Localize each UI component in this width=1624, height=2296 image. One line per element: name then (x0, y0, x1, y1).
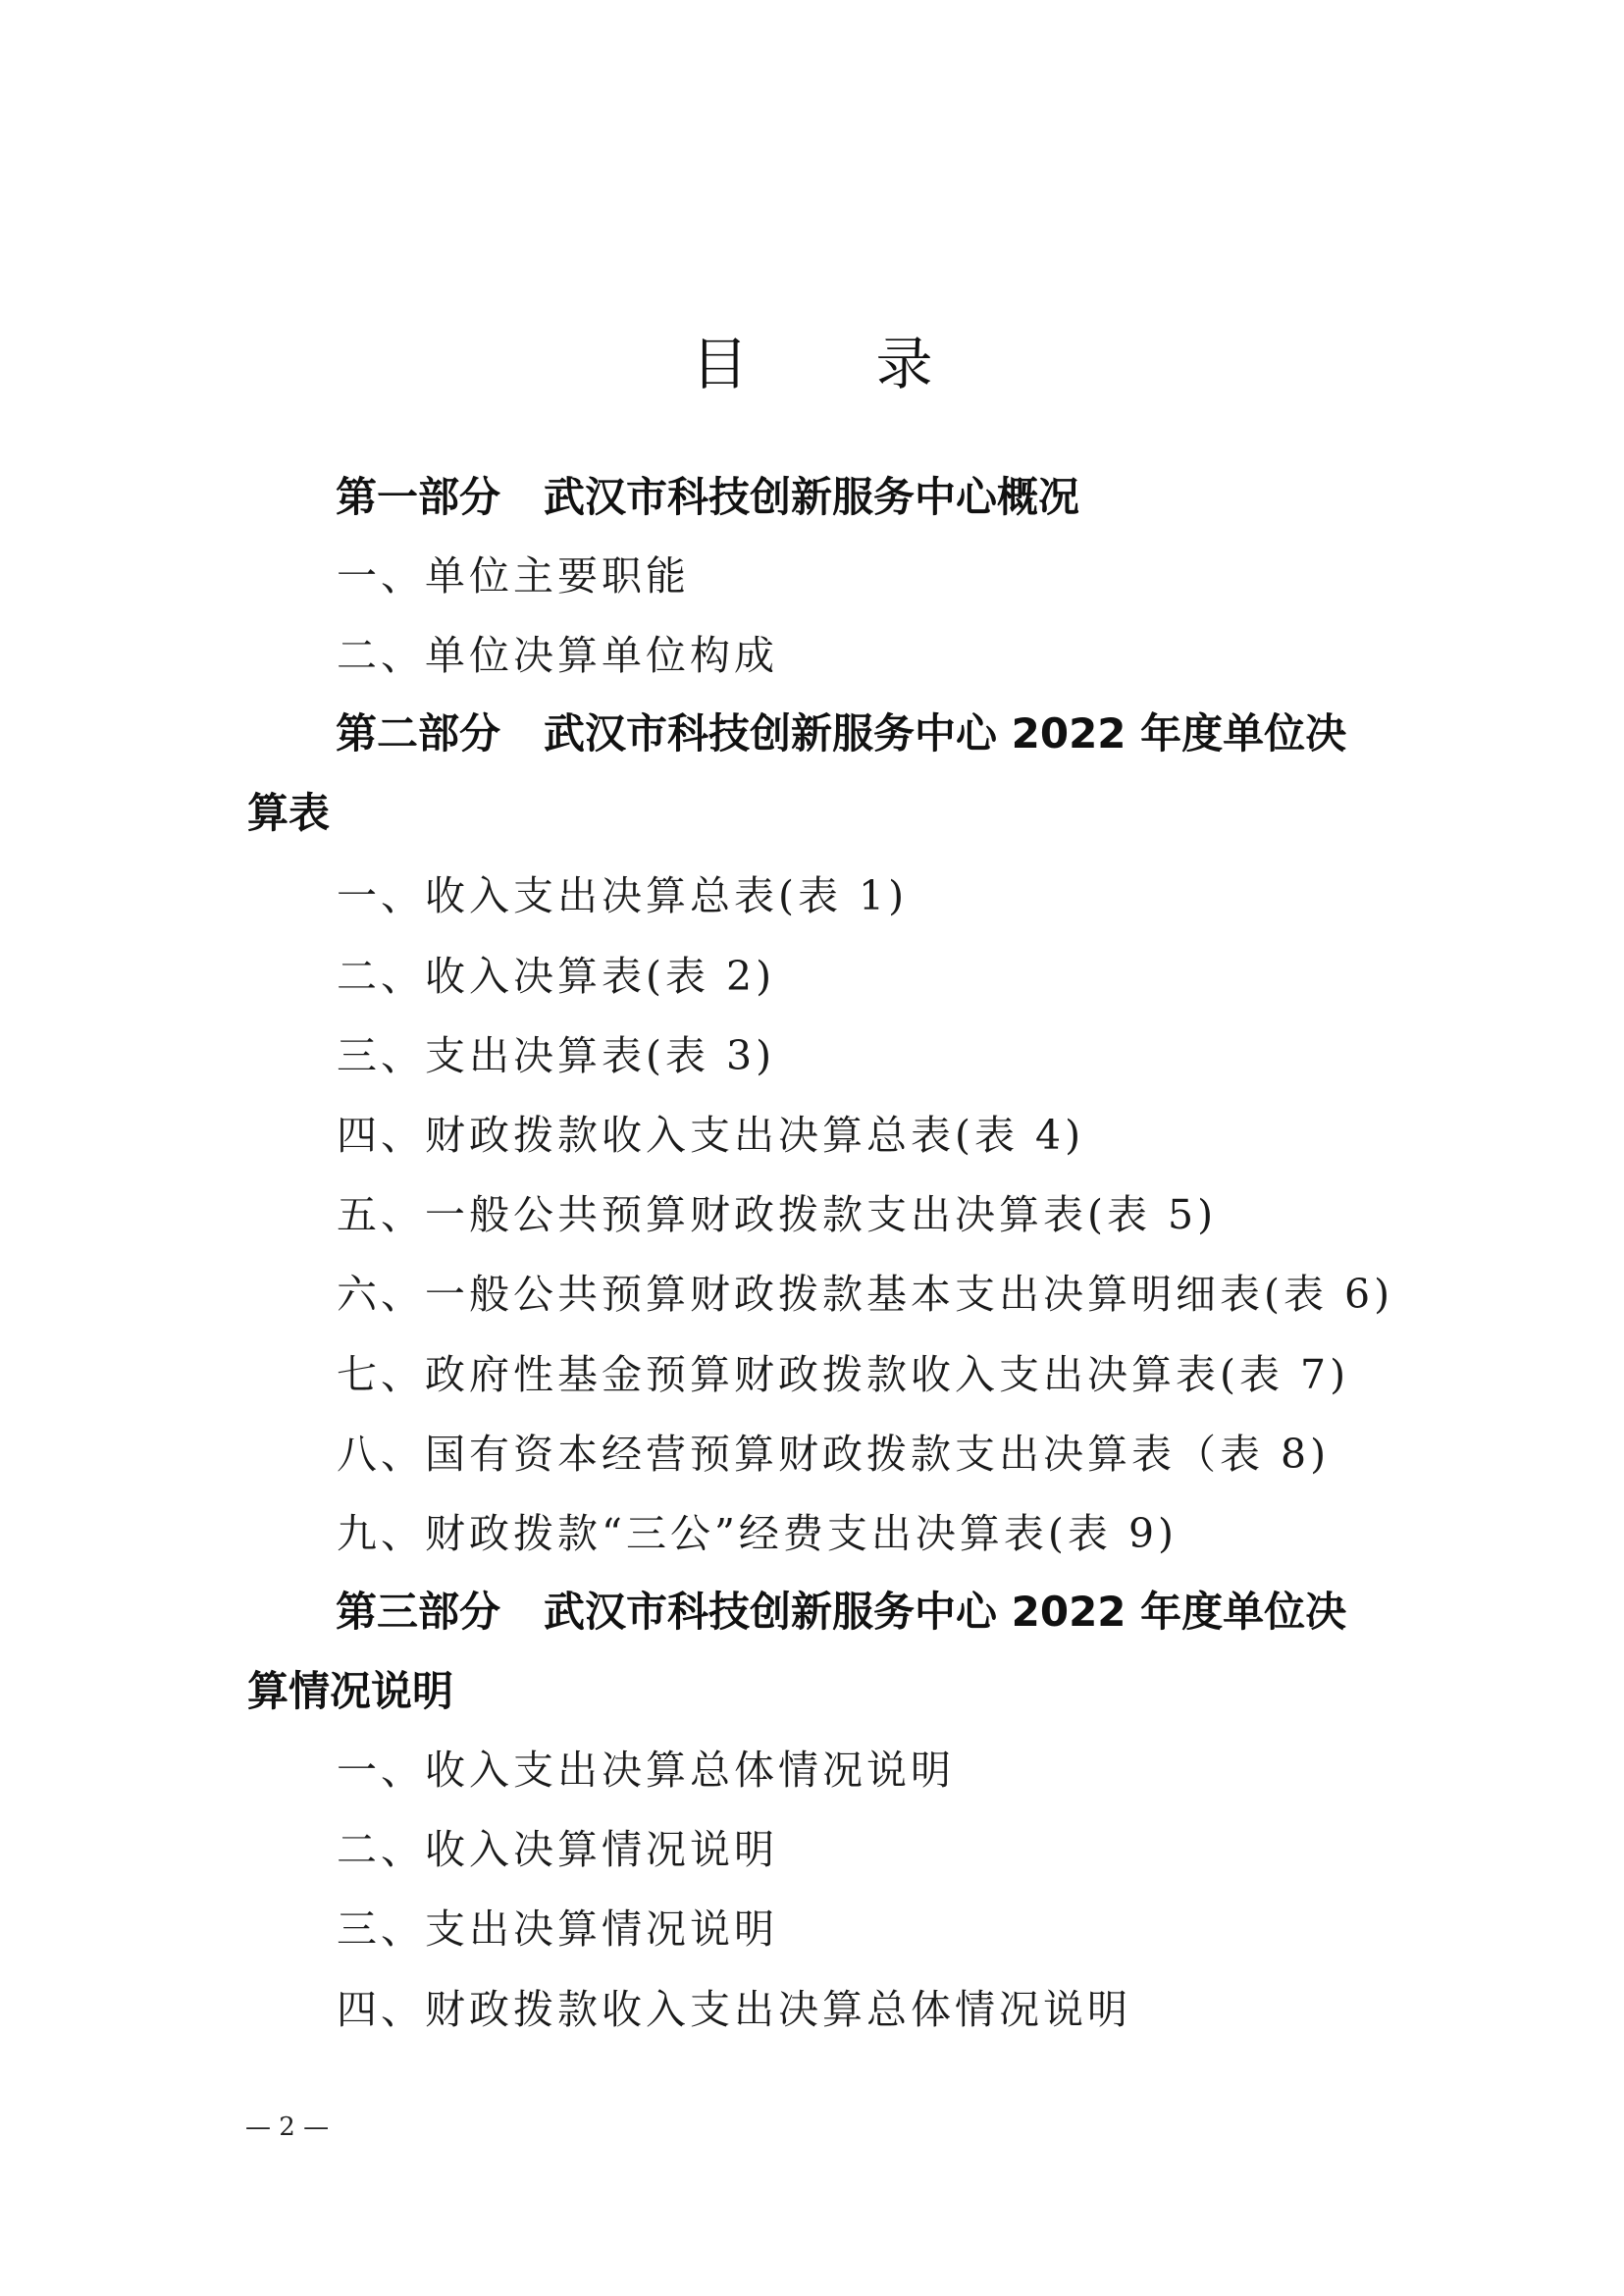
toc-item: 三、支出决算表(表 3) (337, 1026, 775, 1085)
toc-item: 四、财政拨款收入支出决算总体情况说明 (337, 1980, 1131, 2039)
part-3-heading: 第三部分武汉市科技创新服务中心 2022 年度单位决 (336, 1583, 1346, 1642)
toc-item: 二、收入决算表(表 2) (337, 947, 775, 1006)
part-3-label: 第三部分 (336, 1588, 500, 1636)
toc-item: 二、单位决算单位构成 (337, 626, 778, 685)
toc-item: 二、收入决算情况说明 (337, 1820, 778, 1879)
toc-item: 九、财政拨款“三公”经费支出决算表(表 9) (337, 1504, 1178, 1563)
title-char-2: 录 (876, 330, 933, 398)
toc-item: 七、政府性基金预算财政拨款收入支出决算表(表 7) (337, 1345, 1349, 1404)
part-1-title: 武汉市科技创新服务中心概况 (544, 473, 1079, 521)
toc-item: 三、支出决算情况说明 (337, 1900, 778, 1958)
toc-item: 八、国有资本经营预算财政拨款支出决算表（表 8) (337, 1425, 1330, 1484)
toc-item: 六、一般公共预算财政拨款基本支出决算明细表(表 6) (337, 1265, 1393, 1324)
page-number: — 2 — (245, 2110, 329, 2145)
part-2-heading: 第二部分武汉市科技创新服务中心 2022 年度单位决 (336, 704, 1346, 763)
part-2-heading-wrap: 算表 (247, 784, 330, 843)
toc-item: 一、收入支出决算总体情况说明 (337, 1741, 955, 1800)
toc-item: 五、一般公共预算财政拨款支出决算表(表 5) (337, 1185, 1217, 1244)
part-3-heading-wrap: 算情况说明 (247, 1662, 453, 1721)
page-title: 目录 (0, 330, 1624, 398)
toc-item: 一、收入支出决算总表(表 1) (337, 866, 908, 925)
toc-item: 四、财政拨款收入支出决算总表(表 4) (337, 1106, 1084, 1165)
part-1-heading: 第一部分武汉市科技创新服务中心概况 (336, 468, 1079, 527)
part-2-title: 武汉市科技创新服务中心 2022 年度单位决 (544, 709, 1346, 757)
title-char-1: 目 (691, 330, 748, 398)
part-1-label: 第一部分 (336, 473, 500, 521)
part-2-label: 第二部分 (336, 709, 500, 757)
part-3-title: 武汉市科技创新服务中心 2022 年度单位决 (544, 1588, 1346, 1636)
toc-item: 一、单位主要职能 (337, 547, 690, 605)
